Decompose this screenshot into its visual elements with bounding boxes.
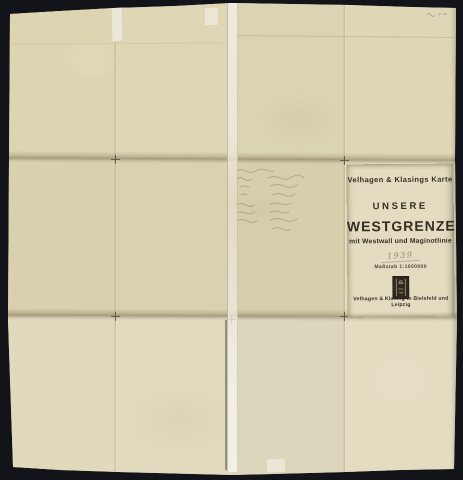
vertical-fold-line-left <box>114 0 117 480</box>
handwritten-year: 1939 <box>381 250 420 263</box>
pencil-notes <box>230 166 342 248</box>
fold-gap-shadow <box>225 320 227 470</box>
cover-scale-line: Maßstab 1:1000000 <box>347 264 454 271</box>
tape-patch-bottom-center <box>267 459 285 473</box>
fold-intersection-mark <box>111 155 120 164</box>
map-cover-panel: Velhagen & Klasings Karte UNSERE WESTGRE… <box>346 164 454 318</box>
tape-patch-top-center <box>205 8 218 25</box>
tape-strip-center-fold <box>227 3 238 472</box>
folded-map-back: Velhagen & Klasings Karte UNSERE WESTGRE… <box>0 0 463 480</box>
scan-background: Velhagen & Klasings Karte UNSERE WESTGRE… <box>0 0 463 480</box>
vertical-fold-line-right <box>343 0 346 480</box>
cover-title-upper: UNSERE <box>347 201 454 213</box>
cover-title-main: WESTGRENZE <box>347 218 454 235</box>
pencil-corner-mark <box>425 9 449 19</box>
tape-patch-top-left-fold <box>111 5 124 42</box>
fold-intersection-mark <box>111 312 120 321</box>
cover-publisher-line: Velhagen & Klasings Karte <box>347 175 454 185</box>
cover-imprint-line: Velhagen & Klasing in Bielefeld und Leip… <box>347 296 454 309</box>
